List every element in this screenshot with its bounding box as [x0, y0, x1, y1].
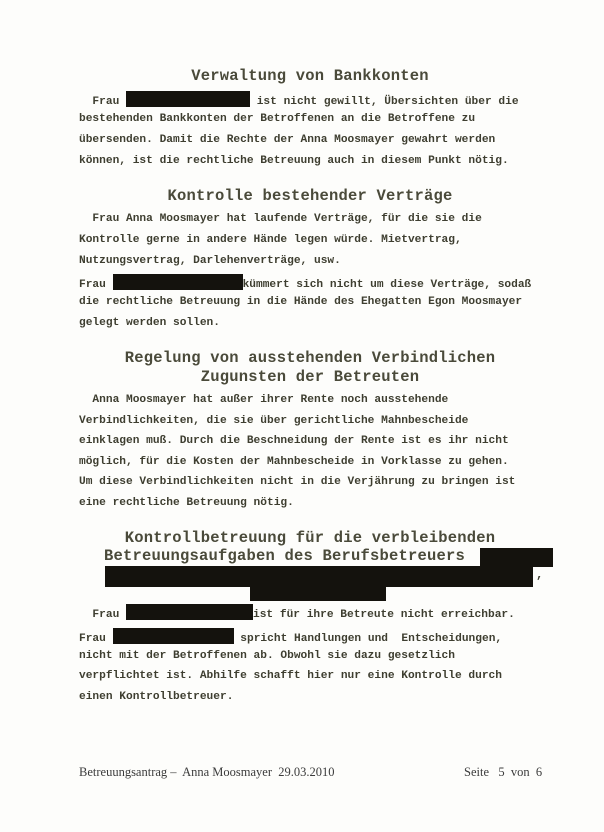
text-fragment: Frau	[79, 96, 126, 108]
body-line: Um diese Verbindlichkeiten nicht in die …	[79, 475, 515, 489]
body-line: einen Kontrollbetreuer.	[79, 690, 233, 704]
body-line: die rechtliche Betreuung in die Hände de…	[79, 295, 522, 309]
body-line: Frau spricht Handlungen und Entscheidung…	[79, 628, 502, 646]
redaction-bar	[113, 628, 234, 644]
body-line: eine rechtliche Betreuung nötig.	[79, 496, 294, 510]
body-line: Frau ist nicht gewillt, Übersichten über…	[79, 91, 519, 109]
body-line: Nutzungsvertrag, Darlehenverträge, usw.	[79, 254, 341, 268]
body-line: möglich, für die Kosten der Mahnbescheid…	[79, 455, 509, 469]
heading-bank-accounts: Verwaltung von Bankkonten	[60, 67, 560, 86]
document-page: Verwaltung von Bankkonten Frau ist nicht…	[0, 0, 604, 832]
body-line: einklagen muß. Durch die Beschneidung de…	[79, 434, 509, 448]
heading-liabilities-2: Zugunsten der Betreuten	[60, 368, 560, 387]
redaction-bar	[126, 91, 250, 107]
body-line: Frau ist für ihre Betreute nicht erreich…	[79, 604, 515, 622]
text-fragment: Frau	[79, 609, 126, 621]
text-fragment: kümmert sich nicht um diese Verträge, so…	[243, 279, 532, 291]
body-line: nicht mit der Betroffenen ab. Obwohl sie…	[79, 649, 455, 663]
text-fragment: ist für ihre Betreute nicht erreichbar.	[253, 609, 515, 621]
body-line: Anna Moosmayer hat außer ihrer Rente noc…	[79, 393, 448, 407]
heading-liabilities-1: Regelung von ausstehenden Verbindlichen	[60, 349, 560, 368]
redaction-bar	[250, 586, 386, 601]
body-line: Frau kümmert sich nicht um diese Verträg…	[79, 274, 531, 292]
text-fragment: ist nicht gewillt, Übersichten über die	[250, 96, 519, 108]
redaction-bar	[480, 548, 553, 567]
redaction-bar	[126, 604, 253, 620]
body-line: können, ist die rechtliche Betreuung auc…	[79, 154, 509, 168]
text-fragment: spricht Handlungen und Entscheidungen,	[234, 633, 503, 645]
body-line: Verbindlichkeiten, die sie über gerichtl…	[79, 414, 468, 428]
footer-document-info: Betreuungsantrag – Anna Moosmayer 29.03.…	[79, 765, 335, 780]
body-line: Kontrolle gerne in andere Hände legen wü…	[79, 233, 462, 247]
heading-control-care-1: Kontrollbetreuung für die verbleibenden	[60, 529, 560, 548]
heading-contracts: Kontrolle bestehender Verträge	[60, 187, 560, 206]
body-line: gelegt werden sollen.	[79, 316, 220, 330]
comma-fragment: ,	[536, 568, 543, 582]
text-fragment: Frau	[79, 279, 113, 291]
body-line: bestehenden Bankkonten der Betroffenen a…	[79, 112, 475, 126]
body-line: Frau Anna Moosmayer hat laufende Verträg…	[79, 212, 482, 226]
body-line: übersenden. Damit die Rechte der Anna Mo…	[79, 133, 495, 147]
redaction-bar	[113, 274, 243, 290]
footer-page-number: Seite 5 von 6	[464, 765, 542, 780]
text-fragment: Frau	[79, 633, 113, 645]
redaction-bar	[105, 566, 533, 587]
body-line: verpflichtet ist. Abhilfe schafft hier n…	[79, 669, 502, 683]
